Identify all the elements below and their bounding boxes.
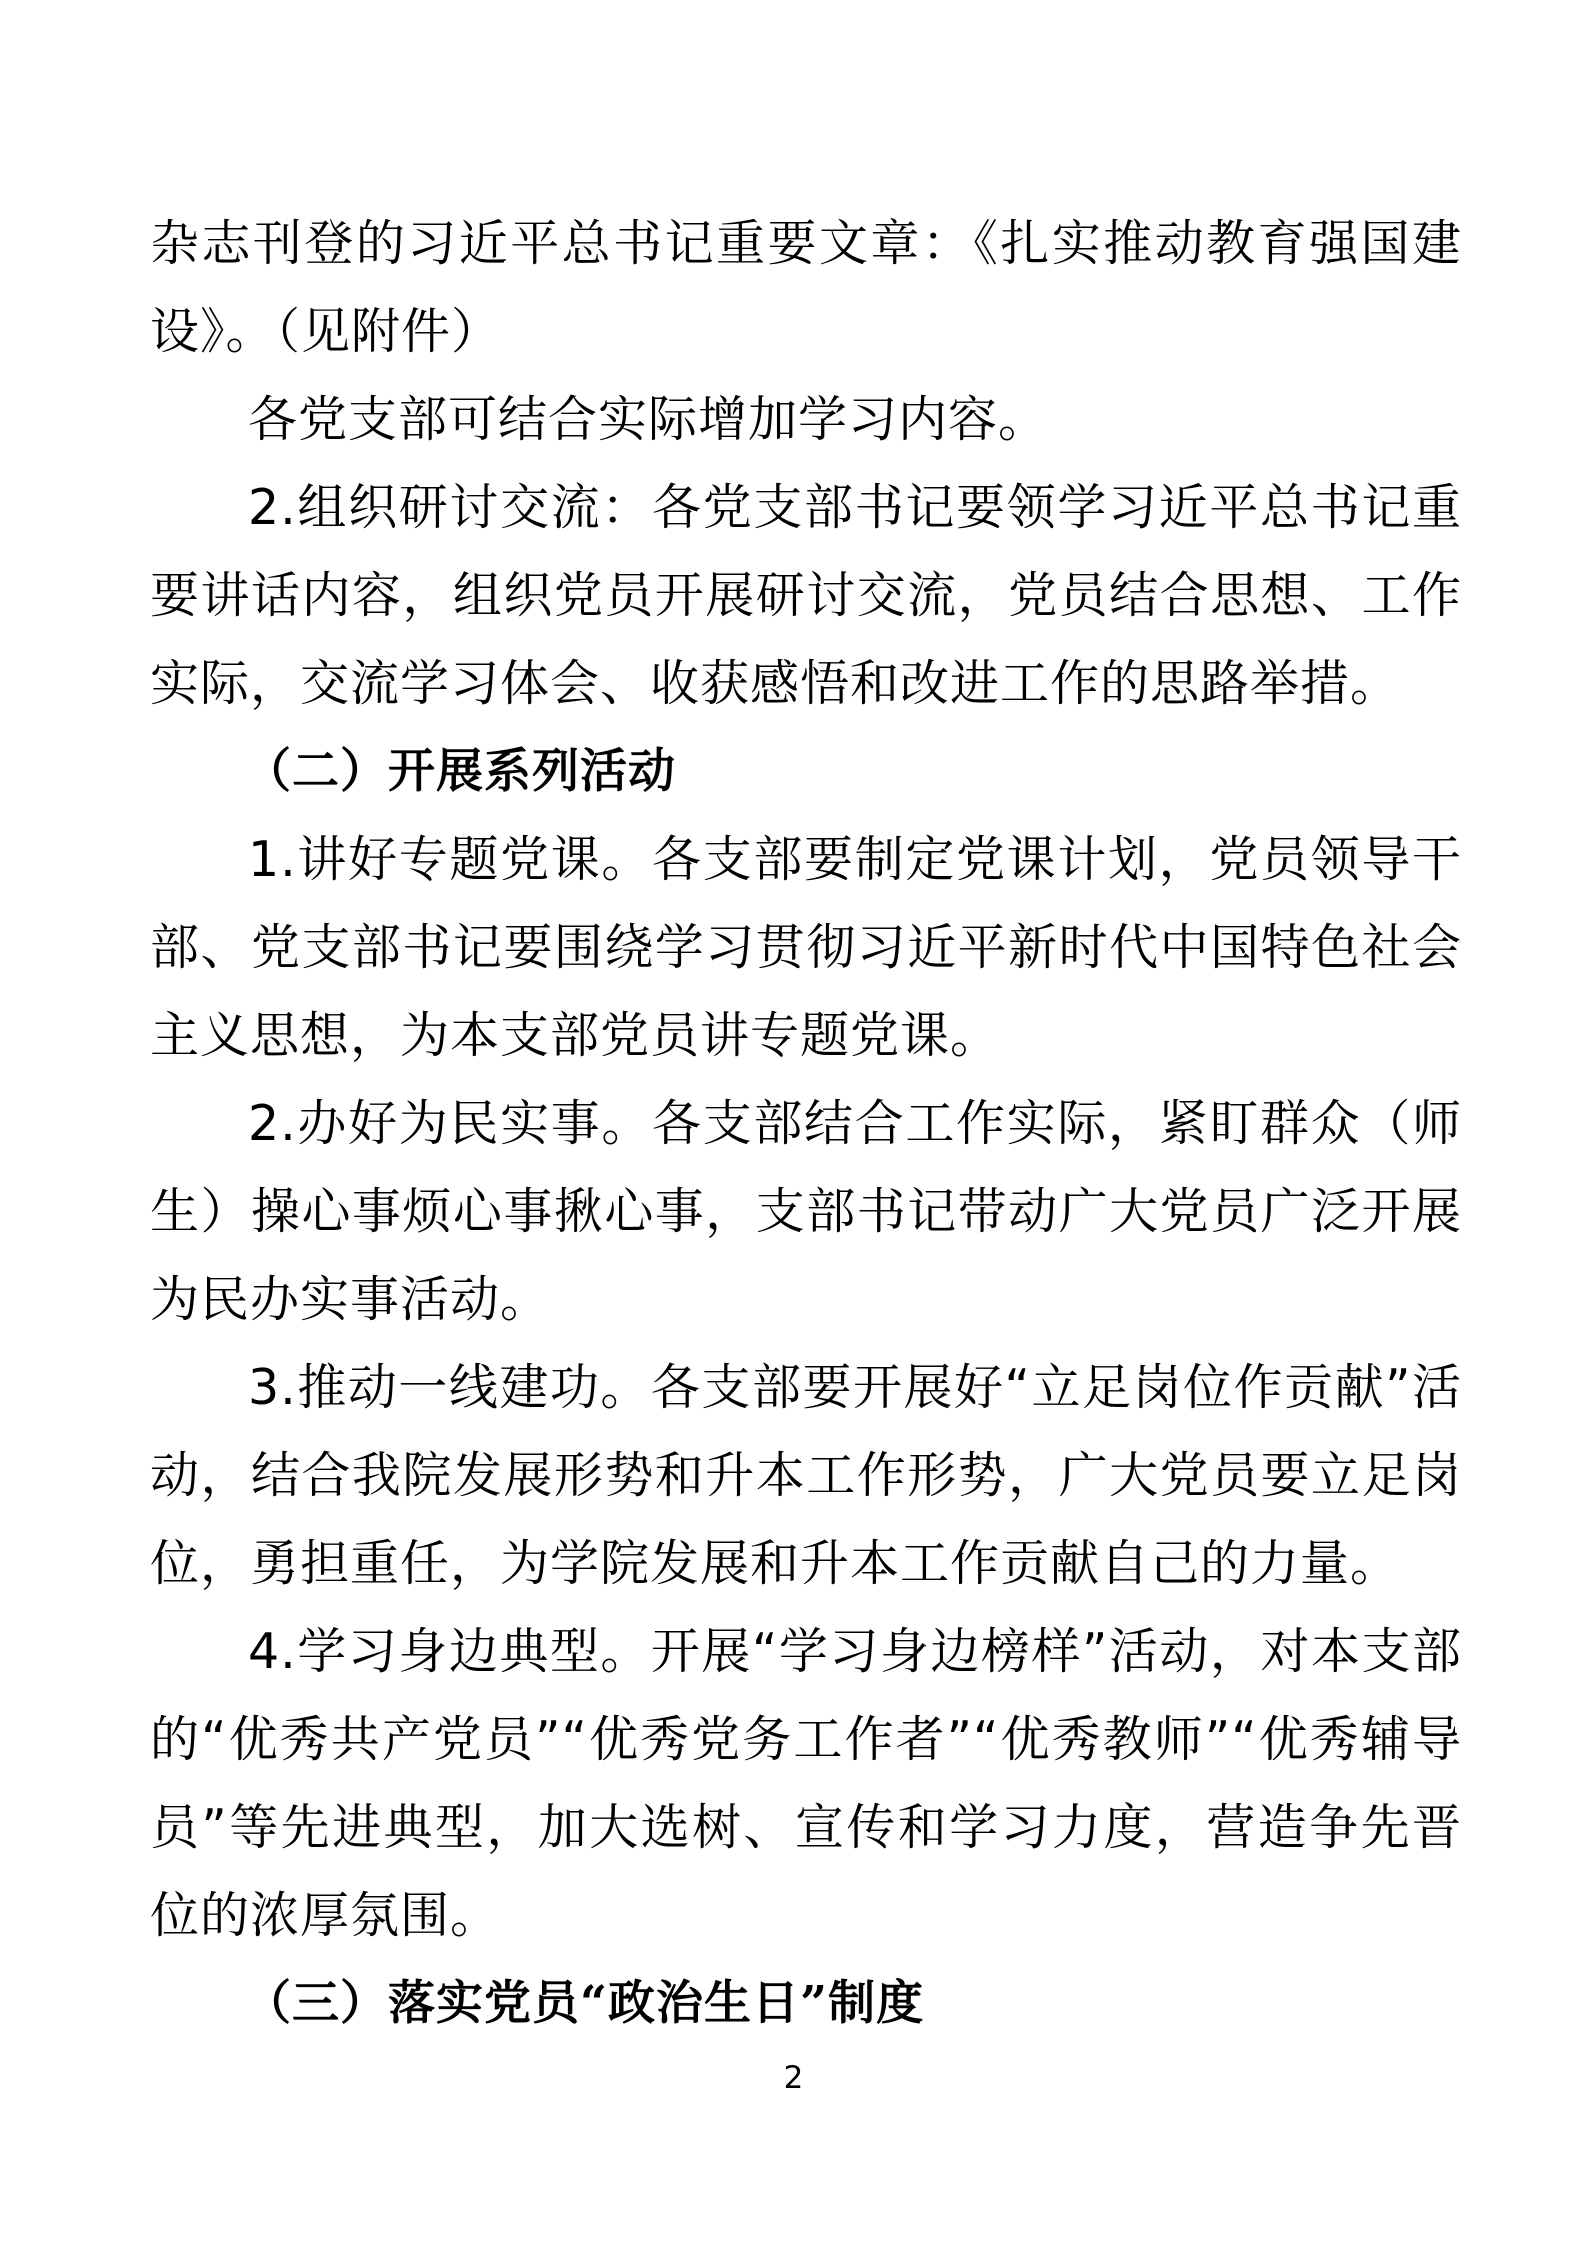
- section-heading: （三）落实党员“政治生日”制度: [150, 1960, 1462, 2048]
- paragraph: 2.办好为民实事。各支部结合工作实际，紧盯群众（师生）操心事烦心事揪心事，支部书…: [150, 1080, 1462, 1344]
- paragraph: 3.推动一线建功。各支部要开展好“立足岗位作贡献”活动，结合我院发展形势和升本工…: [150, 1344, 1462, 1608]
- paragraph: 1.讲好专题党课。各支部要制定党课计划，党员领导干部、党支部书记要围绕学习贯彻习…: [150, 816, 1462, 1080]
- paragraph: 杂志刊登的习近平总书记重要文章：《扎实推动教育强国建设》。（见附件）: [150, 200, 1462, 376]
- paragraph: 各党支部可结合实际增加学习内容。: [150, 376, 1462, 464]
- section-heading: （二）开展系列活动: [150, 728, 1462, 816]
- document-page: 杂志刊登的习近平总书记重要文章：《扎实推动教育强国建设》。（见附件）各党支部可结…: [0, 0, 1587, 2245]
- paragraph: 4.学习身边典型。开展“学习身边榜样”活动，对本支部的“优秀共产党员”“优秀党务…: [150, 1608, 1462, 1960]
- paragraph: 2.组织研讨交流：各党支部书记要领学习近平总书记重要讲话内容，组织党员开展研讨交…: [150, 464, 1462, 728]
- document-body: 杂志刊登的习近平总书记重要文章：《扎实推动教育强国建设》。（见附件）各党支部可结…: [150, 200, 1462, 2048]
- page-number: 2: [0, 2058, 1587, 2098]
